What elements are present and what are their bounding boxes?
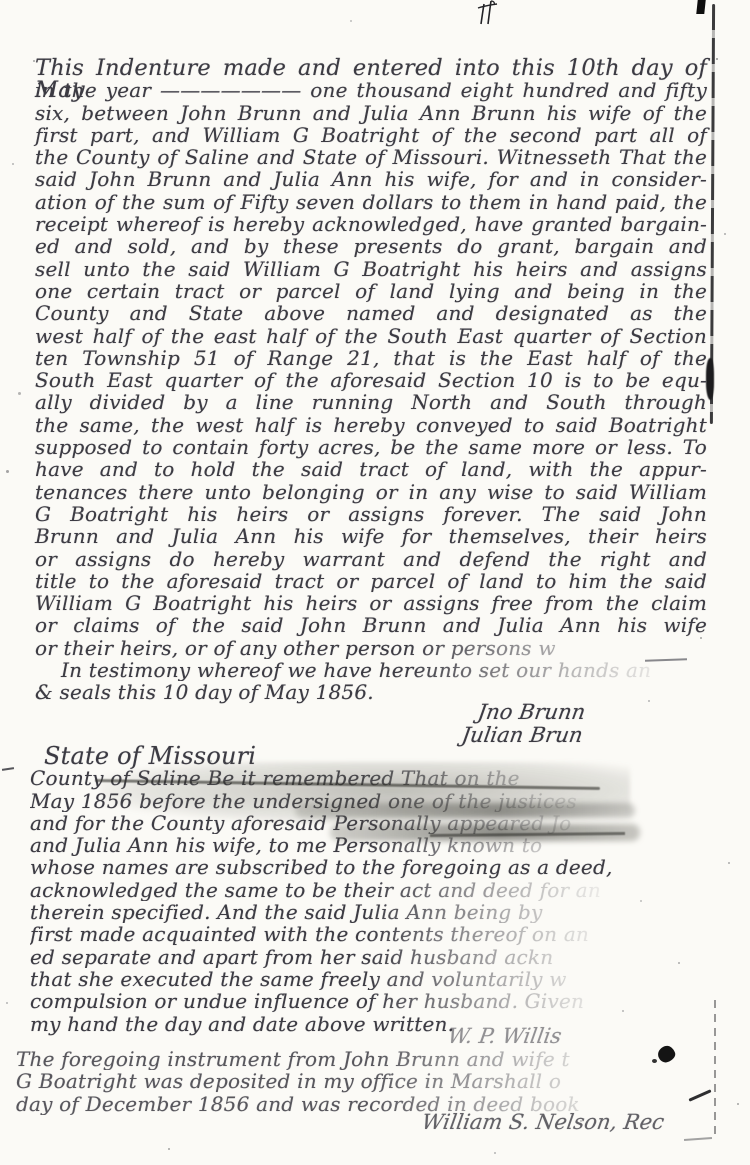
- handwritten-line: acknowledged the same to be their act an…: [30, 879, 642, 901]
- handwritten-line: ation of the sum of Fifty seven dollars …: [35, 191, 707, 213]
- recorder-note-text: The foregoing instrument from John Brunn…: [16, 1048, 666, 1115]
- handwritten-line: ten Township 51 of Range 21, that is the…: [35, 347, 707, 369]
- corner-ink-mark: [696, 0, 705, 14]
- handwritten-line: have and to hold the said tract of land,…: [35, 458, 707, 480]
- paper-speck: [168, 1148, 170, 1150]
- faint-pen-dash: [684, 1137, 712, 1141]
- handwritten-line: G Boatright his heirs or assigns forever…: [35, 503, 707, 525]
- paper-speck: [350, 20, 352, 22]
- handwritten-line: first made acquainted with the contents …: [30, 923, 642, 945]
- handwritten-line: title to the aforesaid tract or parcel o…: [35, 570, 707, 592]
- signature-justice: W. P. Willis: [446, 1024, 563, 1048]
- handwritten-line: west half of the east half of the South …: [35, 325, 707, 347]
- handwritten-line: receipt whereof is hereby acknowledged, …: [35, 213, 707, 235]
- handwritten-line: tenances there unto belonging or in any …: [35, 481, 707, 503]
- handwritten-line: The foregoing instrument from John Brunn…: [16, 1048, 666, 1070]
- pen-dash-mark: [688, 1089, 711, 1102]
- handwritten-line: This Indenture made and entered into thi…: [35, 57, 707, 79]
- handwritten-line: therein specified. And the said Julia An…: [30, 901, 642, 923]
- margin-pen-dash: [2, 767, 14, 771]
- page-fold-line-lower: [714, 1000, 716, 1140]
- deed-body-text: This Indenture made and entered into thi…: [35, 57, 707, 704]
- paper-speck: [648, 700, 650, 702]
- paper-speck: [58, 930, 60, 932]
- handwritten-line: or claims of the said John Brunn and Jul…: [35, 614, 707, 636]
- handwritten-line: William G Boatright his heirs or assigns…: [35, 592, 707, 614]
- paper-speck: [12, 163, 14, 165]
- handwritten-line: In testimony whereof we have hereunto se…: [35, 659, 707, 681]
- handwritten-line: South East quarter of the aforesaid Sect…: [35, 369, 707, 391]
- paper-speck: [622, 1010, 624, 1012]
- handwritten-line: ed separate and apart from her said husb…: [30, 946, 642, 968]
- paper-speck: [678, 962, 680, 964]
- paper-speck: [494, 1152, 496, 1154]
- handwritten-line: or their heirs, or of any other person o…: [35, 637, 707, 659]
- handwritten-line: in the year ——————— one thousand eight h…: [35, 79, 707, 101]
- ink-blot-tail: [652, 1059, 657, 1063]
- paper-speck: [737, 1103, 739, 1105]
- paper-speck: [210, 760, 212, 762]
- handwritten-line: ally divided by a line running North and…: [35, 391, 707, 413]
- paper-speck: [33, 60, 35, 62]
- handwritten-line: compulsion or undue influence of her hus…: [30, 990, 642, 1012]
- handwritten-line: County and State above named and designa…: [35, 302, 707, 324]
- pen-scratch-mark-icon: [470, 0, 506, 26]
- handwritten-line: Brunn and Julia Ann his wife for themsel…: [35, 525, 707, 547]
- handwritten-line: or assigns do hereby warrant and defend …: [35, 548, 707, 570]
- handwritten-line: supposed to contain forty acres, be the …: [35, 436, 707, 458]
- handwritten-line: that she executed the same freely and vo…: [30, 968, 642, 990]
- signature-julia-ann-brunn: Julian Brun: [460, 723, 584, 747]
- paper-speck: [716, 58, 718, 60]
- handwritten-line: & seals this 10 day of May 1856.: [35, 681, 707, 703]
- handwritten-line: G Boatright was deposited in my office i…: [16, 1070, 666, 1092]
- paper-speck: [580, 1120, 582, 1122]
- handwritten-line: the same, the west half is hereby convey…: [35, 414, 707, 436]
- ink-smudge-streak: [295, 803, 635, 818]
- handwritten-line: the County of Saline and State of Missou…: [35, 146, 707, 168]
- scanned-deed-page: This Indenture made and entered into thi…: [0, 0, 750, 1165]
- handwritten-line: whose names are subscribed to the forego…: [30, 856, 642, 878]
- paper-speck: [18, 392, 21, 395]
- paper-speck: [728, 862, 730, 864]
- handwritten-line: said John Brunn and Julia Ann his wife, …: [35, 168, 707, 190]
- handwritten-line: first part, and William G Boatright of t…: [35, 124, 707, 146]
- signature-recorder: William S. Nelson, Rec: [420, 1110, 666, 1134]
- paper-speck: [724, 233, 726, 235]
- paper-speck: [640, 900, 642, 902]
- paper-speck: [700, 637, 702, 639]
- paper-speck: [6, 1002, 8, 1004]
- signature-john-brunn: Jno Brunn: [476, 700, 587, 724]
- paper-speck: [6, 470, 9, 473]
- handwritten-line: sell unto the said William G Boatright h…: [35, 258, 707, 280]
- handwritten-line: one certain tract or parcel of land lyin…: [35, 280, 707, 302]
- handwritten-line: six, between John Brunn and Julia Ann Br…: [35, 102, 707, 124]
- fold-ink-blob: [706, 358, 714, 400]
- handwritten-line: ed and sold, and by these presents do gr…: [35, 235, 707, 257]
